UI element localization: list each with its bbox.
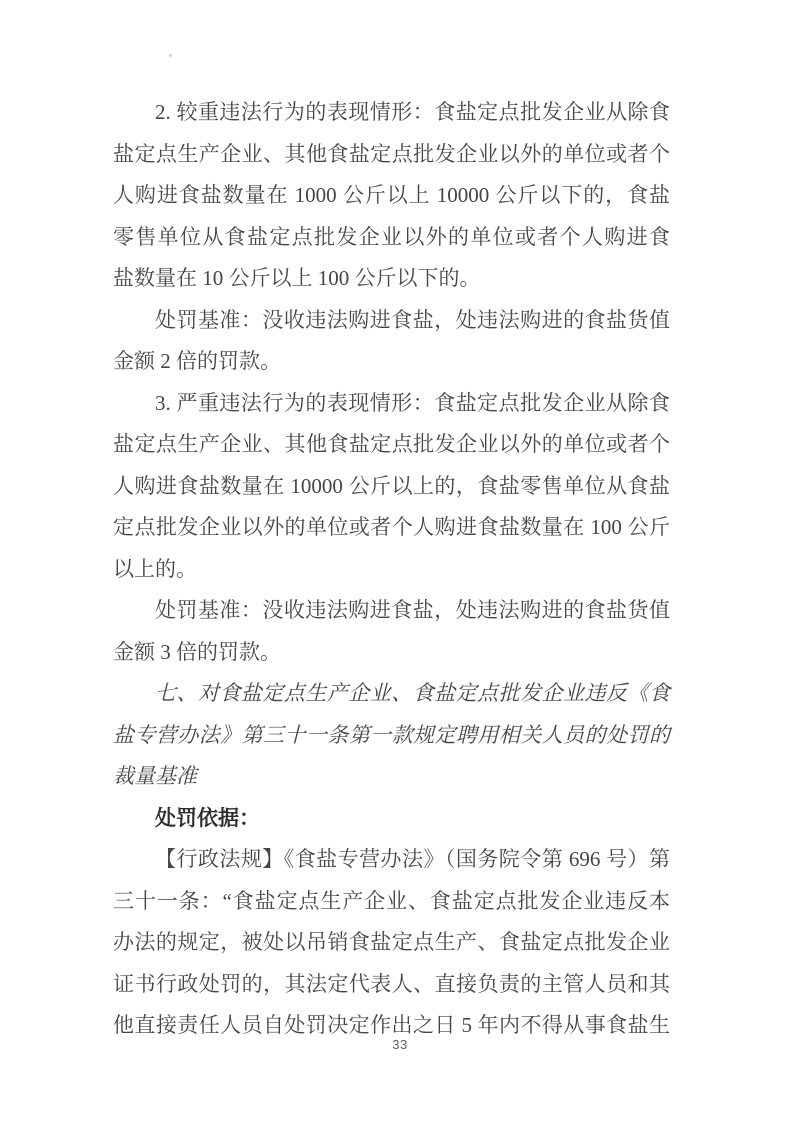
- text-line: 盐数量在 10 公斤以上 100 公斤以下的。: [113, 258, 670, 300]
- page-footer: 33: [0, 1036, 800, 1054]
- text-line: 定点批发企业以外的单位或者个人购进食盐数量在 100 公斤: [113, 507, 670, 549]
- text-line: 金额 2 倍的罚款。: [113, 341, 670, 383]
- text-line: 人购进食盐数量在 1000 公斤以上 10000 公斤以下的，食盐: [113, 175, 670, 217]
- para-moderate-violation: 2. 较重违法行为的表现情形：食盐定点批发企业从除食盐定点生产企业、其他食盐定点…: [113, 92, 670, 300]
- para-penalty-standard-3x: 处罚基准：没收违法购进食盐，处违法购进的食盐货值金额 3 倍的罚款。: [113, 590, 670, 673]
- text-line: 零售单位从食盐定点批发企业以外的单位或者个人购进食: [113, 217, 670, 259]
- text-line: 三十一条：“食盐定点生产企业、食盐定点批发企业违反本: [113, 881, 670, 923]
- para-penalty-basis-label: 处罚依据：: [113, 798, 670, 840]
- text-line: 金额 3 倍的罚款。: [113, 632, 670, 674]
- para-severe-violation: 3. 严重违法行为的表现情形：食盐定点批发企业从除食盐定点生产企业、其他食盐定点…: [113, 383, 670, 591]
- text-line: 2. 较重违法行为的表现情形：食盐定点批发企业从除食: [113, 92, 670, 134]
- text-line: 以上的。: [113, 549, 670, 591]
- section-heading-seven: 七、对食盐定点生产企业、食盐定点批发企业违反《食盐专营办法》第三十一条第一款规定…: [113, 673, 670, 798]
- text-line: 七、对食盐定点生产企业、食盐定点批发企业违反《食: [113, 673, 670, 715]
- text-line: 盐定点生产企业、其他食盐定点批发企业以外的单位或者个: [113, 424, 670, 466]
- para-legal-basis: 【行政法规】《食盐专营办法》（国务院令第 696 号）第三十一条：“食盐定点生产…: [113, 839, 670, 1047]
- text-line: 裁量基准: [113, 756, 670, 798]
- text-line: 证书行政处罚的，其法定代表人、直接负责的主管人员和其: [113, 964, 670, 1006]
- text-line: 盐定点生产企业、其他食盐定点批发企业以外的单位或者个: [113, 134, 670, 176]
- text-line: 3. 严重违法行为的表现情形：食盐定点批发企业从除食: [113, 383, 670, 425]
- document-page: 2. 较重违法行为的表现情形：食盐定点批发企业从除食盐定点生产企业、其他食盐定点…: [0, 0, 800, 1131]
- text-line: 盐专营办法》第三十一条第一款规定聘用相关人员的处罚的: [113, 715, 670, 757]
- text-line: 人购进食盐数量在 10000 公斤以上的，食盐零售单位从食盐: [113, 466, 670, 508]
- text-line: 处罚依据：: [113, 798, 670, 840]
- scan-artifact: [169, 54, 172, 57]
- text-line: 办法的规定，被处以吊销食盐定点生产、食盐定点批发企业: [113, 922, 670, 964]
- text-line: 处罚基准：没收违法购进食盐，处违法购进的食盐货值: [113, 590, 670, 632]
- para-penalty-standard-2x: 处罚基准：没收违法购进食盐，处违法购进的食盐货值金额 2 倍的罚款。: [113, 300, 670, 383]
- document-body: 2. 较重违法行为的表现情形：食盐定点批发企业从除食盐定点生产企业、其他食盐定点…: [113, 92, 670, 1047]
- page-number: 33: [392, 1037, 407, 1052]
- text-line: 【行政法规】《食盐专营办法》（国务院令第 696 号）第: [113, 839, 670, 881]
- text-line: 处罚基准：没收违法购进食盐，处违法购进的食盐货值: [113, 300, 670, 342]
